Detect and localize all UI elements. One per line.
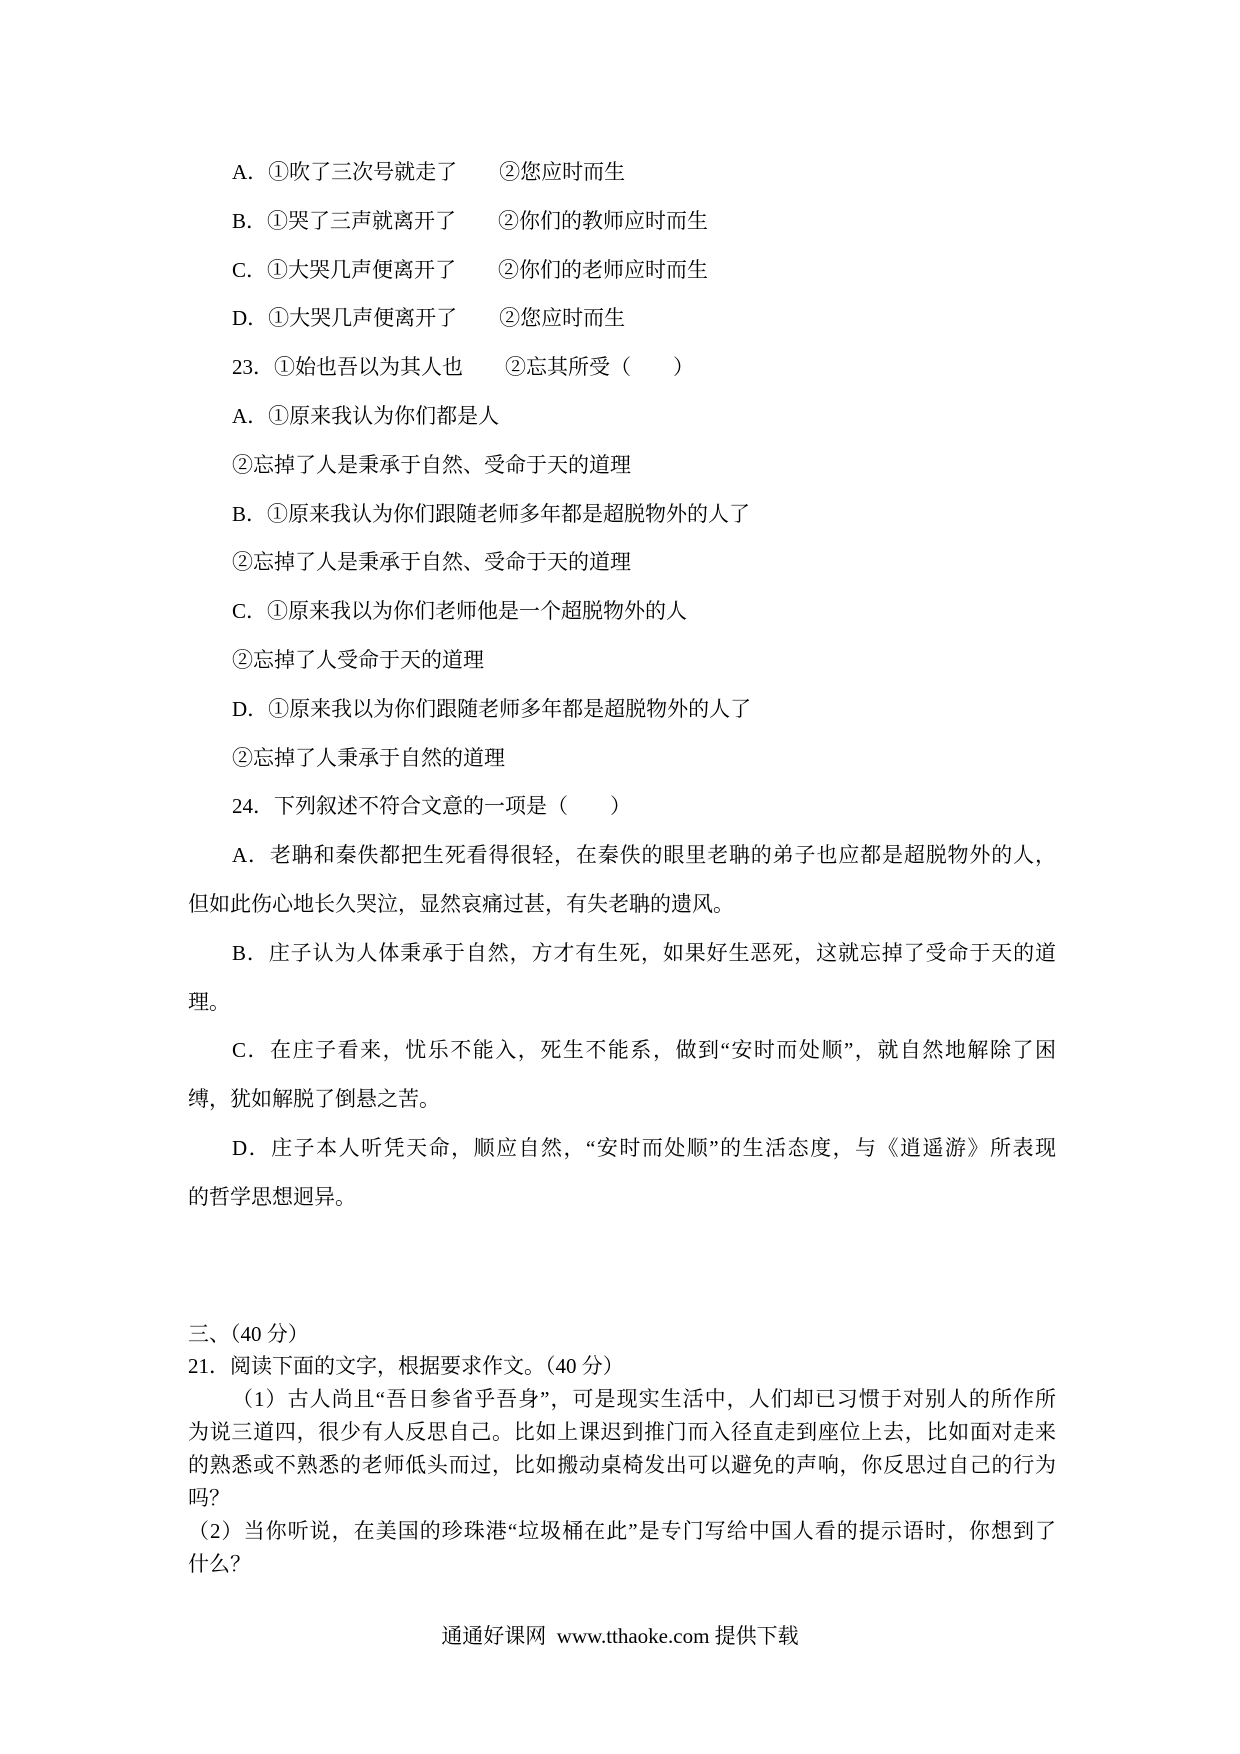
text-line: ②忘掉了人受命于天的道理 bbox=[188, 636, 1056, 685]
text-line: 为说三道四，很少有人反思自己。比如上课迟到推门而入径直走到座位上去，比如面对走来 bbox=[188, 1416, 1056, 1449]
text-line: A．老聃和秦佚都把生死看得很轻，在秦佚的眼里老聃的弟子也应都是超脱物外的人， bbox=[188, 831, 1056, 880]
text-line: 21．阅读下面的文字，根据要求作文。（40 分） bbox=[188, 1350, 1056, 1383]
text-line: 23．①始也吾以为其人也 ②忘其所受（ ） bbox=[188, 343, 1056, 392]
text-line: C．在庄子看来，忧乐不能入，死生不能系，做到“安时而处顺”，就自然地解除了困 bbox=[188, 1026, 1056, 1075]
text-line: 什么？ bbox=[188, 1548, 1056, 1581]
text-line: D．①大哭几声便离开了 ②您应时而生 bbox=[188, 294, 1056, 343]
text-line: B．①原来我认为你们跟随老师多年都是超脱物外的人了 bbox=[188, 490, 1056, 539]
text-line: 的熟悉或不熟悉的老师低头而过，比如搬动桌椅发出可以避免的声响，你反思过自己的行为 bbox=[188, 1449, 1056, 1482]
text-line: 理。 bbox=[188, 978, 1056, 1027]
text-line: D．①原来我以为你们跟随老师多年都是超脱物外的人了 bbox=[188, 685, 1056, 734]
text-line: 三、（40 分） bbox=[188, 1318, 1056, 1351]
section-essay-prompt: 三、（40 分）21．阅读下面的文字，根据要求作文。（40 分）（1）古人尚且“… bbox=[188, 1318, 1056, 1581]
text-line: ②忘掉了人秉承于自然的道理 bbox=[188, 734, 1056, 783]
text-line: 吗？ bbox=[188, 1482, 1056, 1515]
page-content: A．①吹了三次号就走了 ②您应时而生B．①哭了三声就离开了 ②你们的教师应时而生… bbox=[188, 0, 1056, 1581]
section-reading-comprehension-questions: A．①吹了三次号就走了 ②您应时而生B．①哭了三声就离开了 ②你们的教师应时而生… bbox=[188, 0, 1056, 1222]
text-line: （1）古人尚且“吾日参省乎吾身”，可是现实生活中，人们却已习惯于对别人的所作所 bbox=[188, 1383, 1056, 1416]
text-line: C．①大哭几声便离开了 ②你们的老师应时而生 bbox=[188, 246, 1056, 295]
text-line: 但如此伤心地长久哭泣，显然哀痛过甚，有失老聃的遗风。 bbox=[188, 880, 1056, 929]
text-line: 的哲学思想迥异。 bbox=[188, 1173, 1056, 1222]
text-line: 24．下列叙述不符合文意的一项是（ ） bbox=[188, 782, 1056, 831]
text-line: ②忘掉了人是秉承于自然、受命于天的道理 bbox=[188, 538, 1056, 587]
page-footer: 通通好课网 www.tthaoke.com 提供下载 bbox=[0, 1620, 1240, 1653]
text-line: B．①哭了三声就离开了 ②你们的教师应时而生 bbox=[188, 197, 1056, 246]
text-line: A．①原来我认为你们都是人 bbox=[188, 392, 1056, 441]
text-line: 缚，犹如解脱了倒悬之苦。 bbox=[188, 1075, 1056, 1124]
text-line: （2）当你听说，在美国的珍珠港“垃圾桶在此”是专门写给中国人看的提示语时，你想到… bbox=[188, 1515, 1056, 1548]
text-line: C．①原来我以为你们老师他是一个超脱物外的人 bbox=[188, 587, 1056, 636]
text-line: A．①吹了三次号就走了 ②您应时而生 bbox=[188, 148, 1056, 197]
text-line: ②忘掉了人是秉承于自然、受命于天的道理 bbox=[188, 441, 1056, 490]
text-line: D．庄子本人听凭天命，顺应自然，“安时而处顺”的生活态度，与《逍遥游》所表现 bbox=[188, 1124, 1056, 1173]
text-line: B．庄子认为人体秉承于自然，方才有生死，如果好生恶死，这就忘掉了受命于天的道 bbox=[188, 929, 1056, 978]
exam-page: A．①吹了三次号就走了 ②您应时而生B．①哭了三声就离开了 ②你们的教师应时而生… bbox=[0, 0, 1240, 1754]
